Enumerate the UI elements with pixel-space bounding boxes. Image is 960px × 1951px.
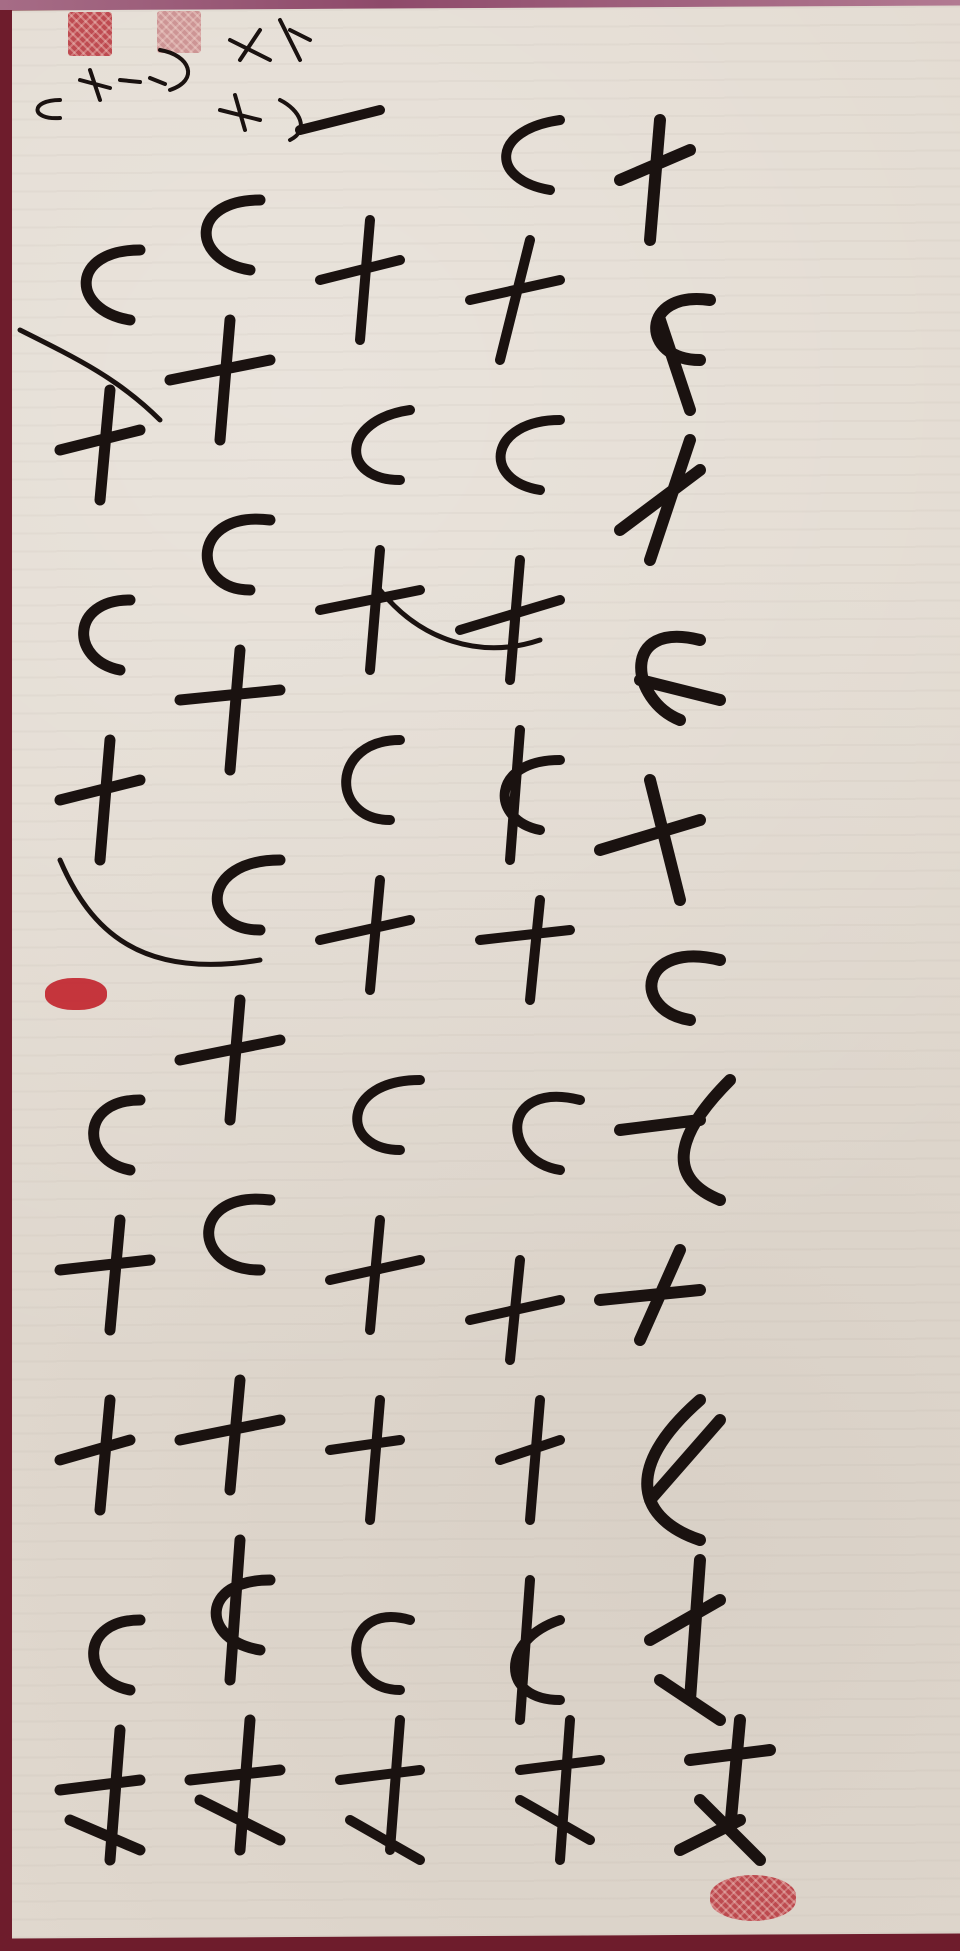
column-1-strokes (600, 120, 770, 1860)
column-3-strokes (300, 110, 420, 1860)
calligraphy-ink-strokes (0, 0, 960, 1951)
column-2-strokes (460, 120, 600, 1860)
column-5-strokes (60, 250, 150, 1860)
column-4-strokes (170, 200, 280, 1850)
inscription-strokes (38, 20, 311, 140)
long-tail-strokes (20, 330, 540, 964)
